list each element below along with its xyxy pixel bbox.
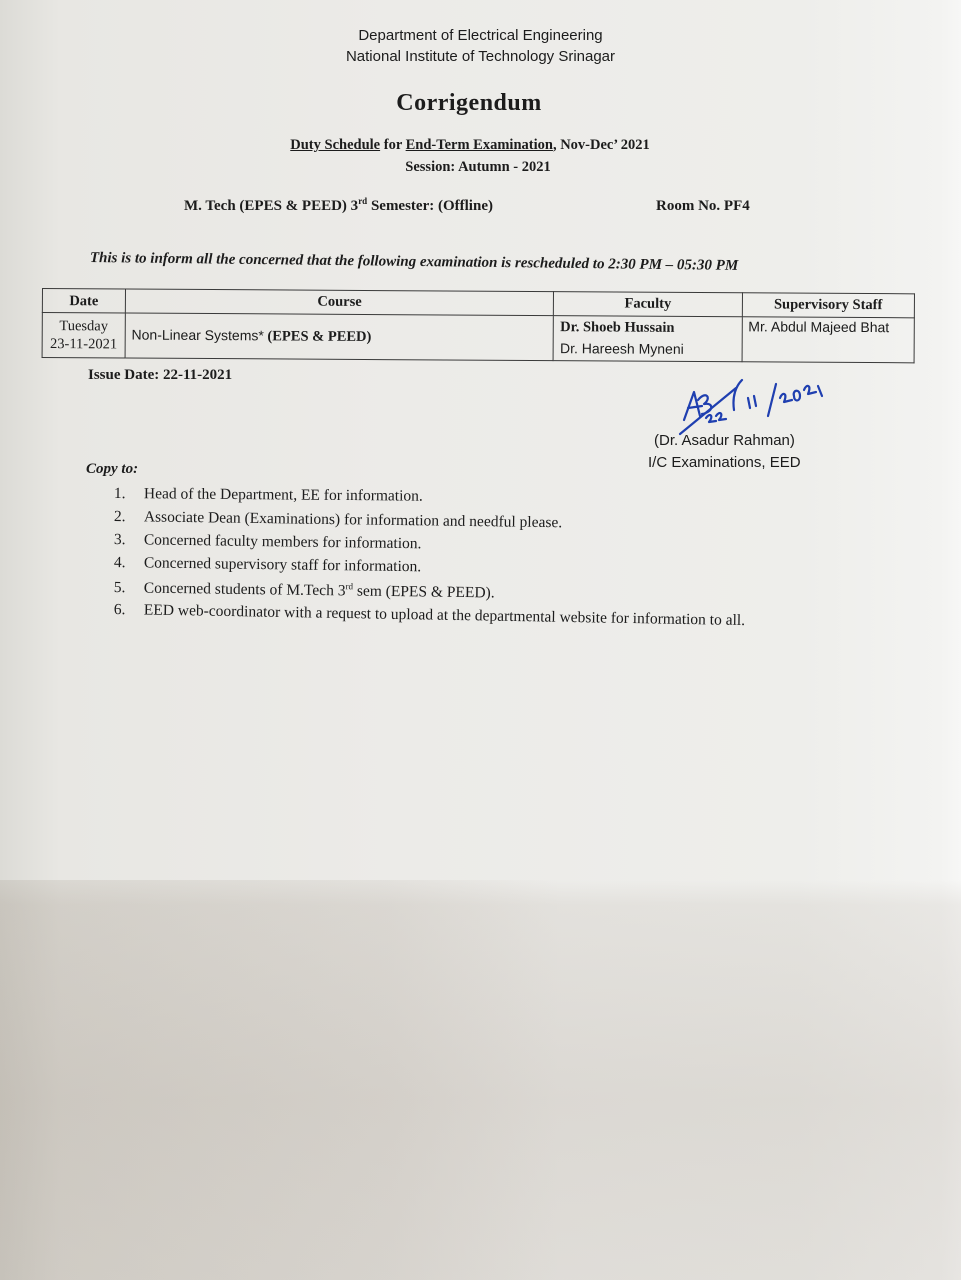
- document-subtitle: Duty Schedule for End-Term Examination, …: [0, 137, 940, 154]
- faculty-1: Dr. Shoeb Hussain: [560, 317, 735, 339]
- faculty-2: Dr. Hareesh Myneni: [560, 338, 735, 360]
- course-name: Non-Linear Systems*: [132, 327, 264, 344]
- signature-icon: [676, 376, 826, 436]
- program-label: M. Tech (EPES & PEED) 3rd Semester: (Off…: [184, 196, 493, 215]
- cell-supervisory-staff: Mr. Abdul Majeed Bhat: [742, 317, 915, 363]
- course-program: (EPES & PEED): [264, 328, 372, 345]
- subtitle-term: , Nov-Dec’ 2021: [553, 137, 650, 153]
- program-name: M. Tech (EPES & PEED) 3: [184, 198, 358, 214]
- header-date: Date: [42, 289, 125, 314]
- item-text: Concerned students of M.Tech 3: [144, 580, 346, 600]
- item-number: 1.: [114, 485, 144, 503]
- cell-date: Tuesday 23-11-2021: [42, 313, 125, 359]
- item-text: Concerned faculty members for informatio…: [144, 531, 422, 552]
- item-text-suffix: sem (EPES & PEED).: [353, 582, 495, 601]
- header-supervisory-staff: Supervisory Staff: [742, 293, 915, 318]
- cell-course: Non-Linear Systems* (EPES & PEED): [125, 313, 554, 361]
- item-text: Head of the Department, EE for informati…: [144, 485, 423, 504]
- signatory-designation: I/C Examinations, EED: [648, 454, 801, 471]
- program-semester: Semester: (Offline): [367, 198, 493, 214]
- session-label: Session: Autumn - 2021: [8, 159, 948, 176]
- subtitle-exam: End-Term Examination: [406, 137, 553, 153]
- exam-day: Tuesday: [49, 317, 119, 335]
- document-title: Corrigendum: [0, 90, 938, 117]
- signatory-name: (Dr. Asadur Rahman): [654, 432, 795, 449]
- copy-to-label: Copy to:: [86, 461, 138, 478]
- subtitle-for: for: [380, 137, 406, 153]
- item-text: Concerned supervisory staff for informat…: [144, 554, 422, 575]
- item-number: 2.: [114, 508, 144, 526]
- table-row: Tuesday 23-11-2021 Non-Linear Systems* (…: [42, 313, 914, 363]
- exam-date: 23-11-2021: [49, 335, 119, 353]
- issue-date: Issue Date: 22-11-2021: [88, 367, 232, 384]
- header-faculty: Faculty: [554, 292, 742, 317]
- item-number: 4.: [114, 554, 144, 572]
- item-number: 6.: [114, 601, 144, 620]
- schedule-table: Date Course Faculty Supervisory Staff Tu…: [42, 288, 915, 363]
- photo-shadow: [0, 880, 560, 1280]
- program-sup: rd: [358, 196, 367, 206]
- room-number: Room No. PF4: [656, 198, 750, 215]
- cell-faculty: Dr. Shoeb Hussain Dr. Hareesh Myneni: [553, 316, 741, 362]
- item-number: 5.: [114, 579, 144, 597]
- list-item: 1.Head of the Department, EE for informa…: [114, 485, 423, 506]
- institute-name: National Institute of Technology Srinaga…: [0, 48, 961, 65]
- department-name: Department of Electrical Engineering: [0, 27, 961, 44]
- header-course: Course: [125, 289, 554, 316]
- item-number: 3.: [114, 531, 144, 549]
- subtitle-duty-schedule: Duty Schedule: [290, 137, 380, 153]
